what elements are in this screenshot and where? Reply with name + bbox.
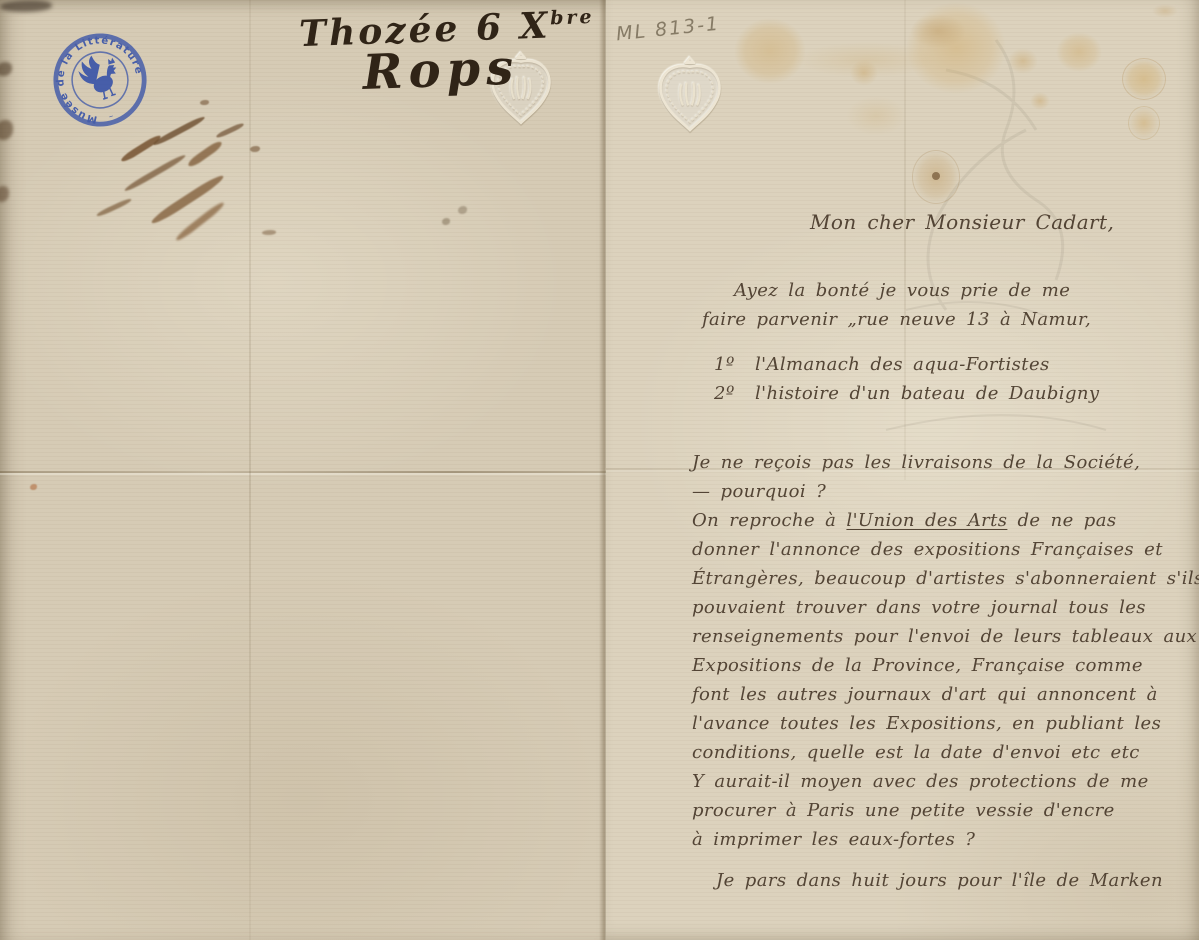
stamp-dash: – <box>108 111 115 122</box>
line-text: Expositions de la Province, Française co… <box>692 655 1143 676</box>
line-text: procurer à Paris une petite vessie d'enc… <box>692 800 1115 821</box>
line-text: l'avance toutes les Expositions, en publ… <box>692 713 1161 734</box>
annotation-thozee: Thozée 6 Xbre Rops <box>299 3 598 103</box>
page-right: ML 813-1 Mon cher Monsieur Cadart, A <box>606 0 1199 940</box>
letter-line: Ayez la bonté je vous prie de me <box>734 276 1184 305</box>
letter-lines: Ayez la bonté je vous prie de me faire p… <box>692 276 1184 895</box>
inventory-number: ML 813-1 <box>615 13 721 46</box>
line-text: Ayez la bonté je vous prie de me <box>734 280 1070 301</box>
letter-salutation: Mon cher Monsieur Cadart, <box>810 210 1184 240</box>
letter-scan: Musée de la Littérature – Thozée 6 Xbre … <box>0 0 1199 940</box>
letter-line: 1º l'Almanach des aqua-Fortistes <box>714 350 1184 379</box>
line-text: de ne pas <box>1007 510 1116 531</box>
letter-line: Étrangères, beaucoup d'artistes s'abonne… <box>692 564 1184 593</box>
line-text: — pourquoi ? <box>692 481 826 502</box>
letter-body: Mon cher Monsieur Cadart, Ayez la bonté … <box>692 210 1184 895</box>
line-text: font les autres journaux d'art qui annon… <box>692 684 1158 705</box>
line-text: 1º l'Almanach des aqua-Fortistes <box>714 354 1050 375</box>
line-text-underlined: l'Union des Arts <box>846 510 1007 531</box>
letter-line: Je pars dans huit jours pour l'île de Ma… <box>716 866 1184 895</box>
letter-line: faire parvenir „rue neuve 13 à Namur, <box>702 305 1184 334</box>
letter-line: à imprimer les eaux-fortes ? <box>692 825 1184 854</box>
museum-stamp: Musée de la Littérature – <box>40 20 161 141</box>
letter-line: donner l'annonce des expositions Françai… <box>692 535 1184 564</box>
edge-mark <box>0 120 13 140</box>
line-text: faire parvenir „rue neuve 13 à Namur, <box>702 309 1091 330</box>
annotation-signature: Rops <box>362 37 597 101</box>
line-text: Je ne reçois pas les livraisons de la So… <box>692 452 1140 473</box>
embossed-crest-icon <box>646 52 734 136</box>
letter-line: pouvaient trouver dans votre journal tou… <box>692 593 1184 622</box>
line-text: 2º l'histoire d'un bateau de Daubigny <box>714 383 1099 404</box>
line-text: conditions, quelle est la date d'envoi e… <box>692 742 1140 763</box>
line-text: pouvaient trouver dans votre journal tou… <box>692 597 1146 618</box>
letter-line: conditions, quelle est la date d'envoi e… <box>692 738 1184 767</box>
line-text: On reproche à <box>692 510 846 531</box>
fold-crease-horizontal <box>0 471 606 473</box>
line-text: Étrangères, beaucoup d'artistes s'abonne… <box>692 568 1199 589</box>
letter-line: 2º l'histoire d'un bateau de Daubigny <box>714 379 1184 408</box>
line-text: donner l'annonce des expositions Françai… <box>692 539 1163 560</box>
line-text: renseignements pour l'envoi de leurs tab… <box>692 626 1197 647</box>
letter-line: Je ne reçois pas les livraisons de la So… <box>692 448 1184 477</box>
letter-line: Expositions de la Province, Française co… <box>692 651 1184 680</box>
letter-line: — pourquoi ? <box>692 477 1184 506</box>
letter-line: Y aurait-il moyen avec des protections d… <box>692 767 1184 796</box>
letter-line: l'avance toutes les Expositions, en publ… <box>692 709 1184 738</box>
line-text: Y aurait-il moyen avec des protections d… <box>692 771 1149 792</box>
letter-line: On reproche à l'Union des Arts de ne pas <box>692 506 1184 535</box>
edge-mark <box>0 0 52 12</box>
edge-mark <box>0 62 12 76</box>
letter-line: procurer à Paris une petite vessie d'enc… <box>692 796 1184 825</box>
fold-crease-vertical <box>249 0 251 940</box>
annotation-date-sup: bre <box>550 6 595 30</box>
edge-mark <box>0 186 9 202</box>
line-text: à imprimer les eaux-fortes ? <box>692 829 975 850</box>
letter-line: renseignements pour l'envoi de leurs tab… <box>692 622 1184 651</box>
page-left: Musée de la Littérature – Thozée 6 Xbre … <box>0 0 606 940</box>
line-text: Je pars dans huit jours pour l'île de Ma… <box>716 870 1163 891</box>
letter-line: font les autres journaux d'art qui annon… <box>692 680 1184 709</box>
